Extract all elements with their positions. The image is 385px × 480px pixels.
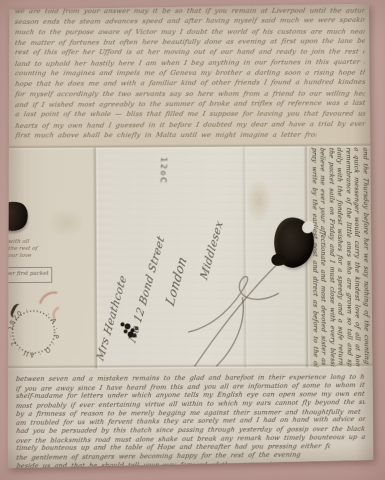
cross-written-text-top: we are told from your answer may it be s… (5, 3, 372, 148)
handwriting-line: our love (8, 253, 55, 260)
handwriting-line: pray write by the earliest post and dire… (310, 147, 320, 367)
paper-stain (246, 178, 272, 222)
handwriting-line: the packet sails on Friday and I must cl… (327, 146, 337, 366)
address-block: Mrs HeathcoteNo 12 Bond StreetLondonMidd… (88, 126, 253, 385)
handwriting-line: and the Thursday before her we say nothi… (361, 146, 371, 366)
folded-band: with allthe rest ofour love per first pa… (5, 146, 372, 369)
cross-written-text-right: and the Thursday before her we say nothi… (307, 146, 372, 367)
ink-blot (121, 322, 125, 326)
circular-postmark: · A · P · O · AU · 2 · 1820 · (6, 305, 60, 363)
cross-written-text-bottom: between seven and a mistaken remains to … (7, 367, 374, 469)
left-fold-panel: with allthe rest ofour love per first pa… (5, 148, 96, 370)
paper-stain (46, 208, 86, 238)
framed-fragment: per first packet (2, 267, 52, 283)
handwriting-line: believe me ever your affectionate and mo… (318, 147, 328, 367)
circular-postmark-svg: · A · P · O · AU · 2 · 1820 · (6, 305, 60, 359)
letter-paper: we are told from your answer may it be s… (5, 3, 374, 469)
rotated-text-inner: and the Thursday before her we say nothi… (309, 147, 370, 366)
script-fragment: with allthe rest ofour love (8, 239, 54, 260)
receiving-house-handstamp: 12oC (150, 157, 168, 203)
photo-background: we are told from your answer may it be s… (0, 0, 385, 480)
postmark-ring-text: · A · P · O · AU · 2 · 1820 · (6, 305, 60, 359)
handwriting-line: beside us and that he should tell your w… (16, 460, 272, 469)
handwriting-line: remembrance of the little ones who are g… (344, 146, 354, 366)
letter-paper-shadow: we are told from your answer may it be s… (5, 3, 374, 469)
